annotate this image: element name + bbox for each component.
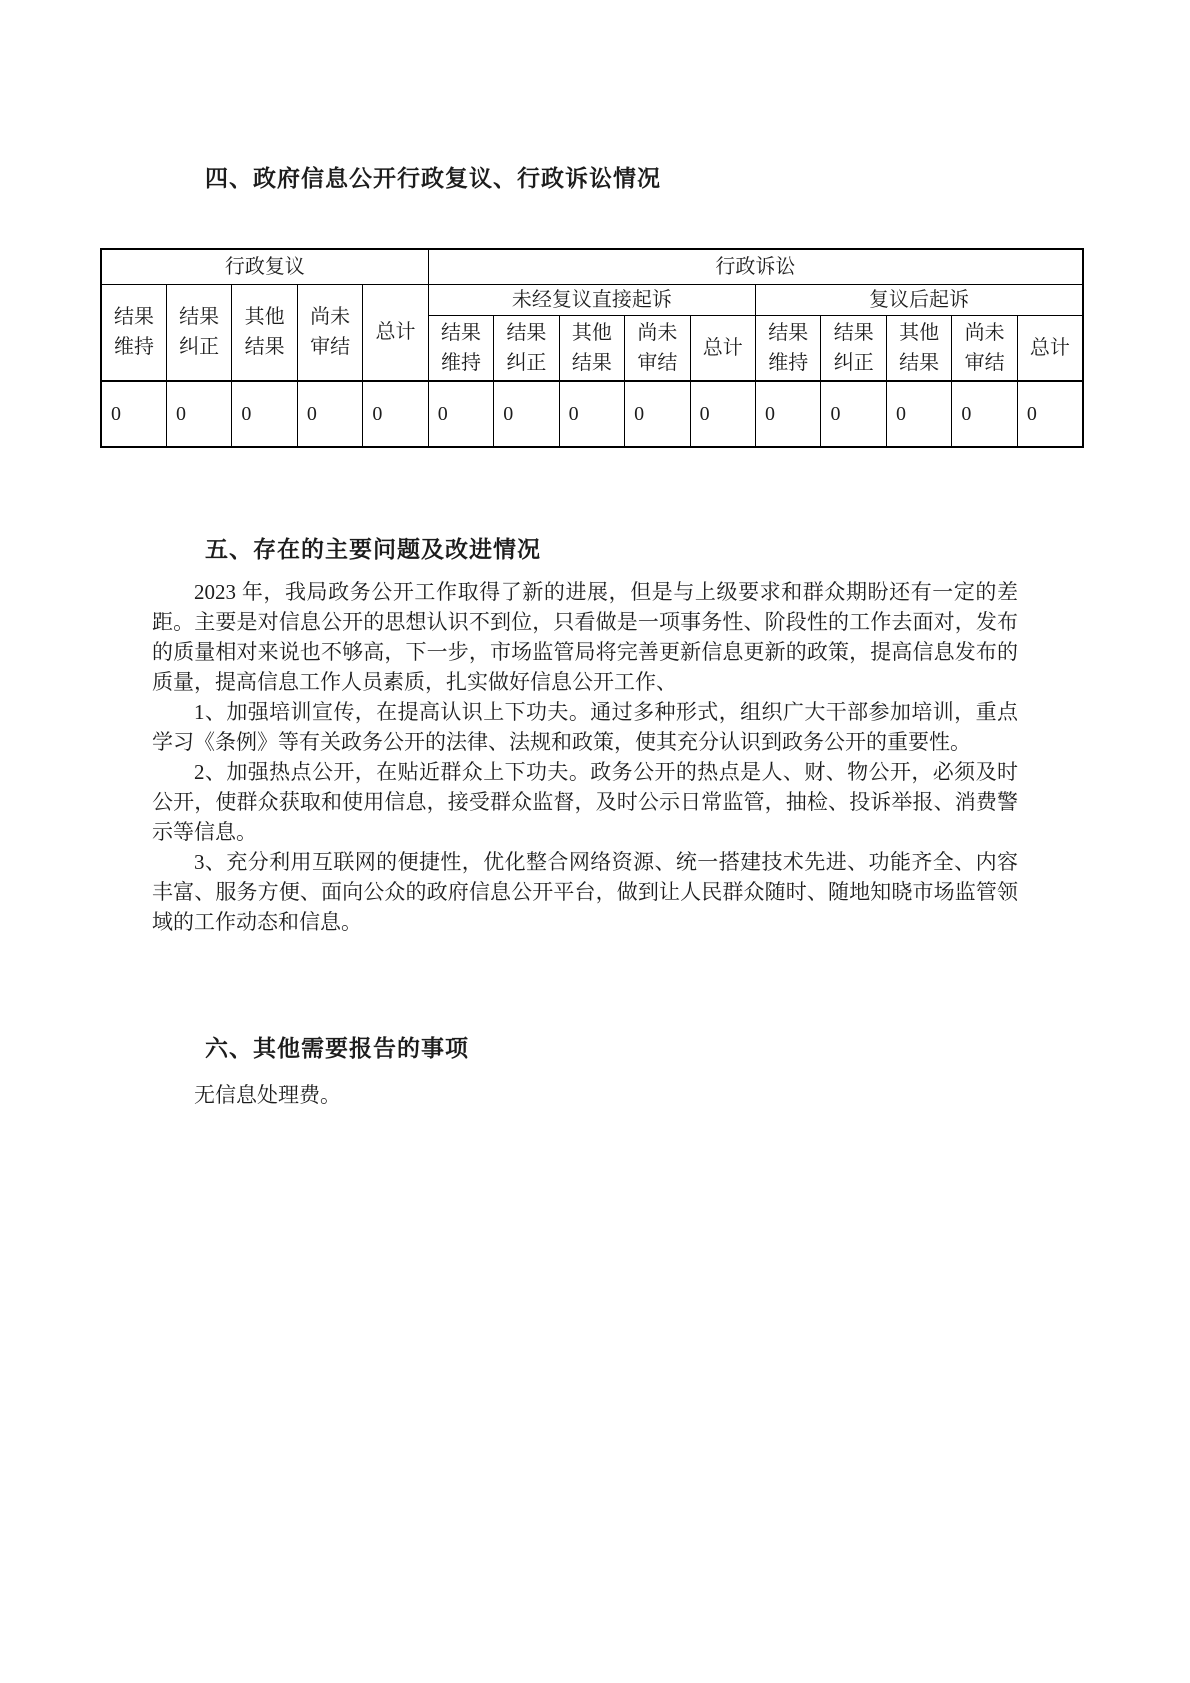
paragraph-item-2: 2、加强热点公开，在贴近群众上下功夫。政务公开的热点是人、财、物公开，必须及时公…	[152, 757, 1018, 847]
paragraph-item-1: 1、加强培训宣传，在提高认识上下功夫。通过多种形式，组织广大干部参加培训，重点学…	[152, 697, 1018, 757]
table-col-header: 总计	[1017, 315, 1083, 381]
table-header-post-review-suit: 复议后起诉	[756, 284, 1083, 315]
paragraph-item-3: 3、充分利用互联网的便捷性，优化整合网络资源、统一搭建技术先进、功能齐全、内容丰…	[152, 847, 1018, 937]
paragraph-no-fee: 无信息处理费。	[152, 1080, 1018, 1110]
table-value-cell: 0	[101, 381, 166, 447]
section-4-heading: 四、政府信息公开行政复议、行政诉讼情况	[205, 160, 661, 193]
table-col-header: 其他结果	[232, 284, 297, 381]
table-sub-header-row: 结果维持 结果纠正 其他结果 尚未审结 总计 未经复议直接起诉 复议后起诉	[101, 284, 1083, 315]
table-value-cell: 0	[232, 381, 297, 447]
report-page: 四、政府信息公开行政复议、行政诉讼情况 行政复议 行政诉讼 结果维持 结果纠正 …	[0, 0, 1190, 1683]
table-col-header: 尚未审结	[297, 284, 362, 381]
table-value-cell: 0	[821, 381, 886, 447]
table-col-header: 结果纠正	[494, 315, 559, 381]
table-header-review: 行政复议	[101, 249, 428, 284]
paragraph-overview: 2023 年，我局政务公开工作取得了新的进展，但是与上级要求和群众期盼还有一定的…	[152, 577, 1018, 697]
table-value-cell: 0	[1017, 381, 1083, 447]
review-litigation-table: 行政复议 行政诉讼 结果维持 结果纠正 其他结果 尚未审结 总计 未经复议直接起…	[100, 248, 1084, 448]
table-value-cell: 0	[952, 381, 1017, 447]
table-value-cell: 0	[297, 381, 362, 447]
table-col-header: 结果维持	[756, 315, 821, 381]
table-value-cell: 0	[494, 381, 559, 447]
table-data-row: 0 0 0 0 0 0 0 0 0 0 0 0 0 0 0	[101, 381, 1083, 447]
table-value-cell: 0	[559, 381, 624, 447]
table-value-cell: 0	[363, 381, 428, 447]
section-5-body: 2023 年，我局政务公开工作取得了新的进展，但是与上级要求和群众期盼还有一定的…	[152, 577, 1018, 937]
table-col-header: 尚未审结	[952, 315, 1017, 381]
table-value-cell: 0	[428, 381, 493, 447]
table-col-header: 其他结果	[559, 315, 624, 381]
table-header-litigation: 行政诉讼	[428, 249, 1083, 284]
table-col-header: 结果纠正	[166, 284, 231, 381]
table-col-header: 总计	[363, 284, 428, 381]
table-group-header-row: 行政复议 行政诉讼	[101, 249, 1083, 284]
section-6-heading: 六、其他需要报告的事项	[205, 1030, 469, 1063]
table-value-cell: 0	[756, 381, 821, 447]
section-5-heading: 五、存在的主要问题及改进情况	[205, 531, 541, 564]
table-value-cell: 0	[690, 381, 755, 447]
table-value-cell: 0	[166, 381, 231, 447]
table-value-cell: 0	[625, 381, 690, 447]
table-col-header: 其他结果	[886, 315, 951, 381]
table-col-header: 结果维持	[428, 315, 493, 381]
table-col-header: 结果维持	[101, 284, 166, 381]
section-6-body: 无信息处理费。	[152, 1080, 1018, 1110]
table-header-direct-suit: 未经复议直接起诉	[428, 284, 755, 315]
table-col-header: 尚未审结	[625, 315, 690, 381]
table-col-header: 结果纠正	[821, 315, 886, 381]
table-col-header: 总计	[690, 315, 755, 381]
table-value-cell: 0	[886, 381, 951, 447]
